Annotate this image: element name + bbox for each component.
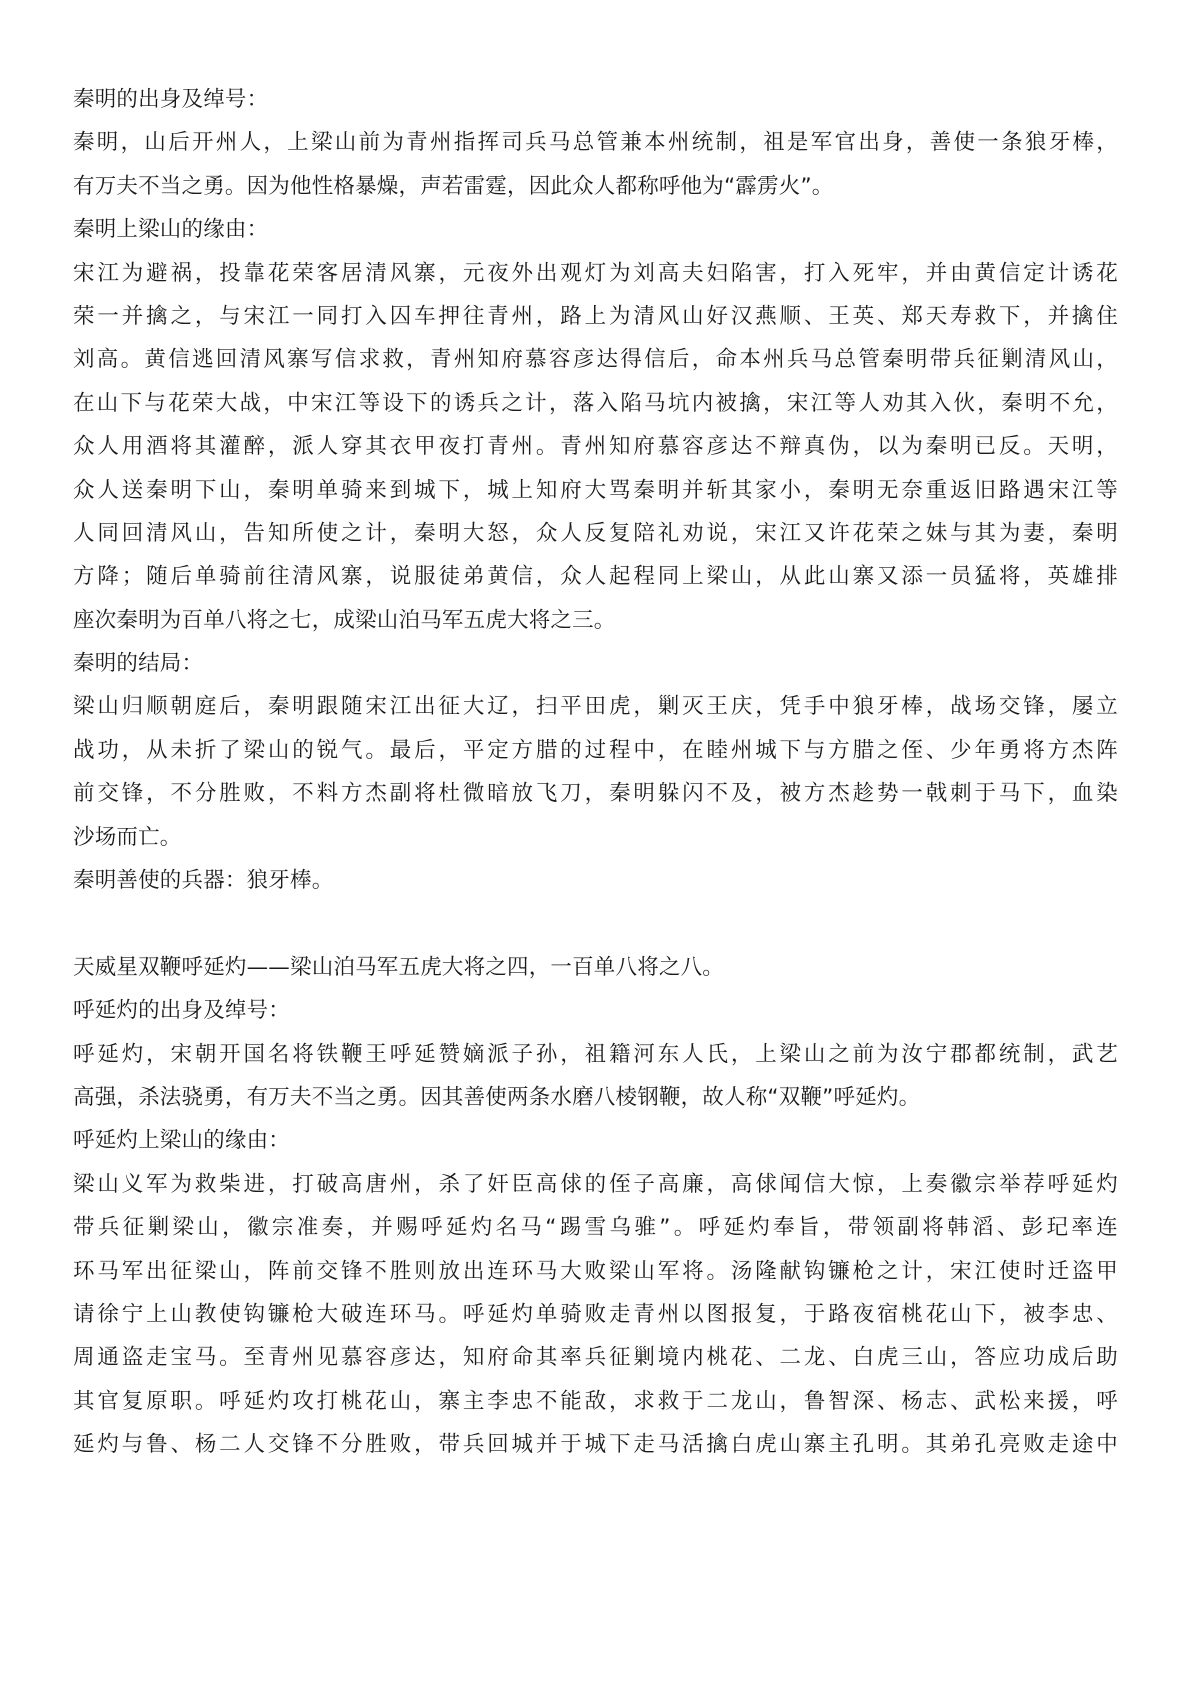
text-line: 秦明，山后开州人，上梁山前为青州指挥司兵马总管兼本州统制，祖是军官出身，善使一条…	[73, 121, 1118, 164]
text-line: 人同回清风山，告知所使之计，秦明大怒，众人反复陪礼劝说，宋江又许花荣之妹与其为妻…	[73, 512, 1118, 555]
text-line: 战功，从未折了梁山的锐气。最后，平定方腊的过程中，在睦州城下与方腊之侄、少年勇将…	[73, 729, 1118, 772]
text-line: 众人送秦明下山，秦明单骑来到城下，城上知府大骂秦明并斩其家小，秦明无奈重返旧路遇…	[73, 469, 1118, 512]
paragraph-qinming-reason: 宋江为避祸，投靠花荣客居清风寨，元夜外出观灯为刘高夫妇陷害，打入死牢，并由黄信定…	[73, 252, 1118, 643]
text-line: 刘高。黄信逃回清风寨写信求救，青州知府慕容彦达得信后，命本州兵马总管秦明带兵征剿…	[73, 338, 1118, 381]
text-line: 荣一并擒之，与宋江一同打入囚车押往青州，路上为清风山好汉燕顺、王英、郑天寿救下，…	[73, 295, 1118, 338]
heading-qinming-reason: 秦明上梁山的缘由：	[73, 208, 1118, 251]
section-spacer	[73, 902, 1118, 945]
paragraph-qinming-origin: 秦明，山后开州人，上梁山前为青州指挥司兵马总管兼本州统制，祖是军官出身，善使一条…	[73, 121, 1118, 208]
text-line: 宋江为避祸，投靠花荣客居清风寨，元夜外出观灯为刘高夫妇陷害，打入死牢，并由黄信定…	[73, 252, 1118, 295]
text-line: 请徐宁上山教使钩镰枪大破连环马。呼延灼单骑败走青州以图报复，于路夜宿桃花山下，被…	[73, 1293, 1118, 1336]
heading-qinming-origin: 秦明的出身及绰号：	[73, 78, 1118, 121]
text-line: 梁山归顺朝庭后，秦明跟随宋江出征大辽，扫平田虎，剿灭王庆，凭手中狼牙棒，战场交锋…	[73, 685, 1118, 728]
text-line: 沙场而亡。	[73, 816, 1118, 859]
text-line: 呼延灼，宋朝开国名将铁鞭王呼延赞嫡派子孙，祖籍河东人氏，上梁山之前为汝宁郡都统制…	[73, 1033, 1118, 1076]
paragraph-huyanzhuo-origin: 呼延灼，宋朝开国名将铁鞭王呼延赞嫡派子孙，祖籍河东人氏，上梁山之前为汝宁郡都统制…	[73, 1033, 1118, 1120]
heading-huyanzhuo-reason: 呼延灼上梁山的缘由：	[73, 1119, 1118, 1162]
text-line: 带兵征剿梁山，徽宗准奏，并赐呼延灼名马“踢雪乌骓”。呼延灼奉旨，带领副将韩滔、彭…	[73, 1206, 1118, 1249]
paragraph-qinming-ending: 梁山归顺朝庭后，秦明跟随宋江出征大辽，扫平田虎，剿灭王庆，凭手中狼牙棒，战场交锋…	[73, 685, 1118, 859]
section-qinming: 秦明的出身及绰号： 秦明，山后开州人，上梁山前为青州指挥司兵马总管兼本州统制，祖…	[73, 78, 1118, 902]
text-line: 方降；随后单骑前往清风寨，说服徒弟黄信，众人起程同上梁山，从此山寨又添一员猛将，…	[73, 555, 1118, 598]
section-title-huyanzhuo: 天威星双鞭呼延灼——梁山泊马军五虎大将之四，一百单八将之八。	[73, 946, 1118, 989]
paragraph-qinming-weapon: 秦明善使的兵器：狼牙棒。	[73, 859, 1118, 902]
heading-huyanzhuo-origin: 呼延灼的出身及绰号：	[73, 989, 1118, 1032]
text-line: 在山下与花荣大战，中宋江等设下的诱兵之计，落入陷马坑内被擒，宋江等人劝其入伙，秦…	[73, 382, 1118, 425]
text-line: 周通盗走宝马。至青州见慕容彦达，知府命其率兵征剿境内桃花、二龙、白虎三山，答应功…	[73, 1336, 1118, 1379]
text-line: 延灼与鲁、杨二人交锋不分胜败，带兵回城并于城下走马活擒白虎山寨主孔明。其弟孔亮败…	[73, 1423, 1118, 1466]
heading-qinming-ending: 秦明的结局：	[73, 642, 1118, 685]
text-line: 高强，杀法骁勇，有万夫不当之勇。因其善使两条水磨八棱钢鞭，故人称“双鞭”呼延灼。	[73, 1076, 1118, 1119]
text-line: 众人用酒将其灌醉，派人穿其衣甲夜打青州。青州知府慕容彦达不辩真伪，以为秦明已反。…	[73, 425, 1118, 468]
text-line: 前交锋，不分胜败，不料方杰副将杜微暗放飞刀，秦明躲闪不及，被方杰趁势一戟刺于马下…	[73, 772, 1118, 815]
document-page: 秦明的出身及绰号： 秦明，山后开州人，上梁山前为青州指挥司兵马总管兼本州统制，祖…	[73, 78, 1118, 1467]
text-line: 座次秦明为百单八将之七，成梁山泊马军五虎大将之三。	[73, 599, 1118, 642]
text-line: 梁山义军为救柴进，打破高唐州，杀了奸臣高俅的侄子高廉，高俅闻信大惊，上奏徽宗举荐…	[73, 1163, 1118, 1206]
text-line: 环马军出征梁山，阵前交锋不胜则放出连环马大败梁山军将。汤隆献钩镰枪之计，宋江使时…	[73, 1250, 1118, 1293]
text-line: 有万夫不当之勇。因为他性格暴燥，声若雷霆，因此众人都称呼他为“霹雳火”。	[73, 165, 1118, 208]
section-huyanzhuo: 天威星双鞭呼延灼——梁山泊马军五虎大将之四，一百单八将之八。 呼延灼的出身及绰号…	[73, 946, 1118, 1467]
text-line: 其官复原职。呼延灼攻打桃花山，寨主李忠不能敌，求救于二龙山，鲁智深、杨志、武松来…	[73, 1380, 1118, 1423]
paragraph-huyanzhuo-reason: 梁山义军为救柴进，打破高唐州，杀了奸臣高俅的侄子高廉，高俅闻信大惊，上奏徽宗举荐…	[73, 1163, 1118, 1467]
